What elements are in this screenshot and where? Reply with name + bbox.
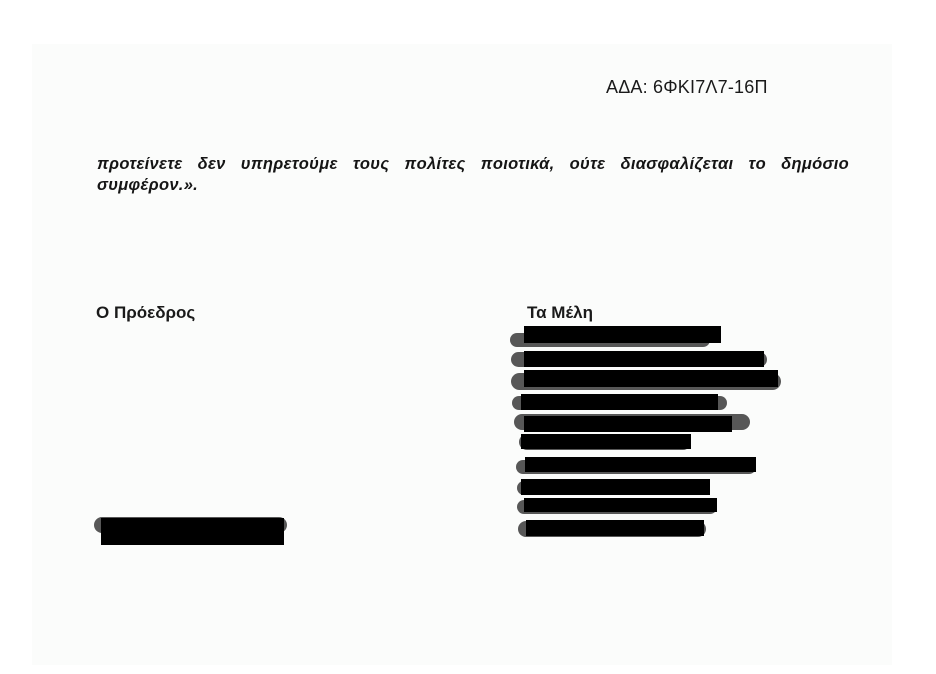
redacted-member-name — [524, 326, 721, 343]
redacted-member-name — [521, 479, 710, 495]
redacted-member-name — [524, 351, 764, 367]
redacted-member-name — [521, 394, 718, 410]
paragraph-line-2: συμφέρον.». — [97, 175, 849, 196]
redacted-member-name — [526, 520, 704, 536]
members-label: Τα Μέλη — [527, 303, 593, 323]
ada-code: ΑΔΑ: 6ΦΚΙ7Λ7-16Π — [606, 77, 768, 98]
paragraph-line-1: προτείνετε δεν υπηρετούμε τους πολίτες π… — [97, 154, 849, 175]
redacted-member-name — [521, 434, 691, 449]
redacted-member-name — [524, 370, 778, 387]
president-label: Ο Πρόεδρος — [96, 303, 195, 323]
redacted-president-name — [101, 518, 284, 545]
redacted-member-name — [524, 498, 717, 512]
redacted-member-name — [525, 457, 756, 472]
redacted-member-name — [524, 416, 732, 432]
body-paragraph: προτείνετε δεν υπηρετούμε τους πολίτες π… — [97, 154, 849, 196]
